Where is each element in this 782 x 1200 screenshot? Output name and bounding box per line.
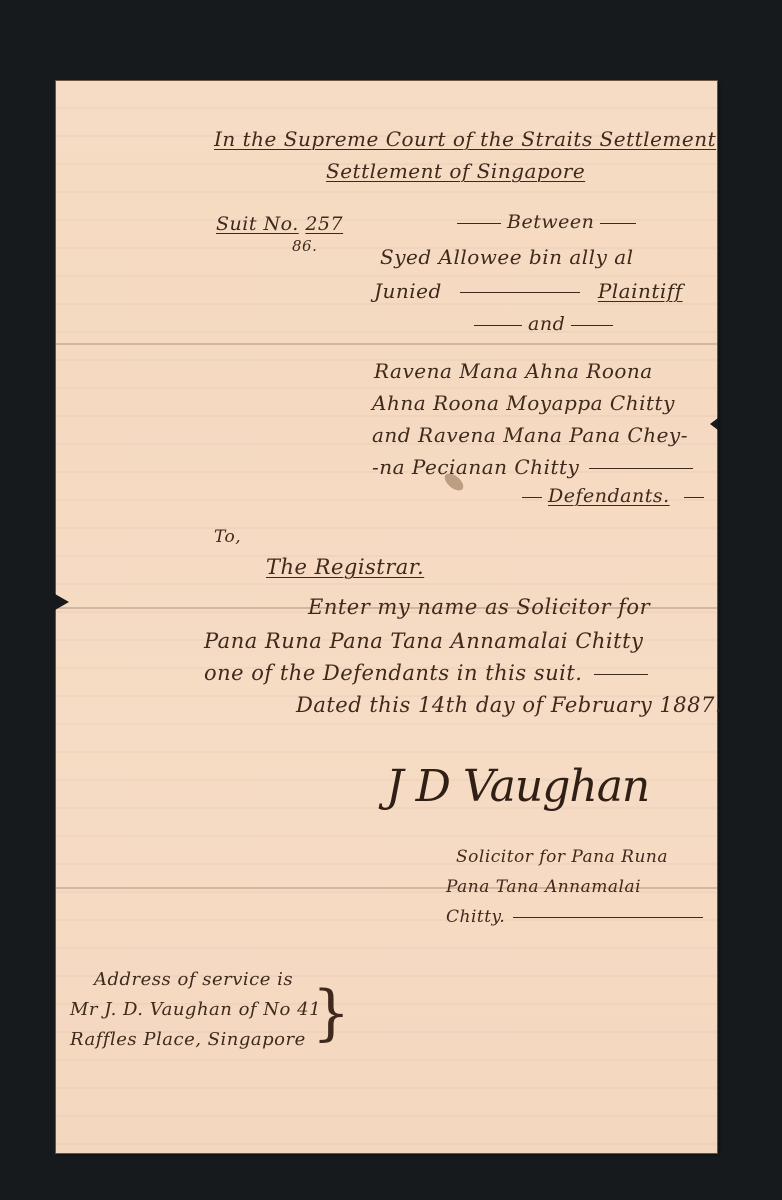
defendants-name-cont: -na Pecianan Chitty (372, 455, 579, 479)
defendants-line2: Ahna Roona Moyappa Chitty (372, 391, 675, 415)
body-line2: Pana Runa Pana Tana Annamalai Chitty (204, 629, 643, 653)
defendants-line1: Ravena Mana Ahna Roona (374, 359, 653, 383)
to-label: To, (214, 527, 241, 547)
court-heading-line1: In the Supreme Court of the Straits Sett… (214, 127, 716, 151)
defendants-role-line: Defendants. (516, 485, 710, 507)
defendants-line3: and Ravena Mana Pana Chey- (372, 423, 688, 447)
suit-number-value: 257 (305, 213, 343, 235)
court-heading-line2: Settlement of Singapore (326, 159, 585, 183)
paper-tear (55, 594, 69, 610)
plaintiff-line2: JuniedPlaintiff (374, 279, 683, 303)
signature: J D Vaughan (386, 761, 649, 812)
paper-tear (710, 418, 718, 430)
service-address-brace: } (312, 983, 350, 1043)
date-line: Dated this 14th day of February 1887. (296, 693, 722, 717)
signature-title-line3: Chitty. (446, 907, 709, 927)
plaintiff-name-cont: Junied (374, 279, 442, 303)
signature-title-line3-text: Chitty. (446, 907, 505, 927)
between-line: Between (451, 211, 642, 233)
service-address-line3: Raffles Place, Singapore (70, 1029, 306, 1050)
suit-year: 86. (292, 237, 317, 255)
body-line1: Enter my name as Solicitor for (308, 595, 650, 619)
suit-label: Suit No. (216, 213, 299, 235)
signature-title-line1: Solicitor for Pana Runa (456, 847, 668, 867)
between-label: Between (507, 211, 594, 233)
registrar-label: The Registrar. (266, 555, 424, 579)
suit-number: Suit No. 257 (216, 213, 343, 235)
plaintiff-line1: Syed Allowee bin ally al (380, 245, 634, 269)
body-line3-text: one of the Defendants in this suit. (204, 661, 582, 685)
and-line: and (468, 313, 619, 335)
plaintiff-role: Plaintiff (598, 279, 683, 303)
and-label: and (528, 313, 565, 335)
document-page: In the Supreme Court of the Straits Sett… (56, 81, 717, 1153)
signature-title-line2: Pana Tana Annamalai (446, 877, 641, 897)
body-line3: one of the Defendants in this suit. (204, 661, 654, 685)
service-address-line1: Address of service is (94, 969, 293, 990)
defendants-role: Defendants. (548, 485, 670, 507)
service-address-line2: Mr J. D. Vaughan of No 41 (70, 999, 321, 1020)
defendants-line4: -na Pecianan Chitty (372, 455, 699, 479)
fold-line (56, 343, 717, 345)
